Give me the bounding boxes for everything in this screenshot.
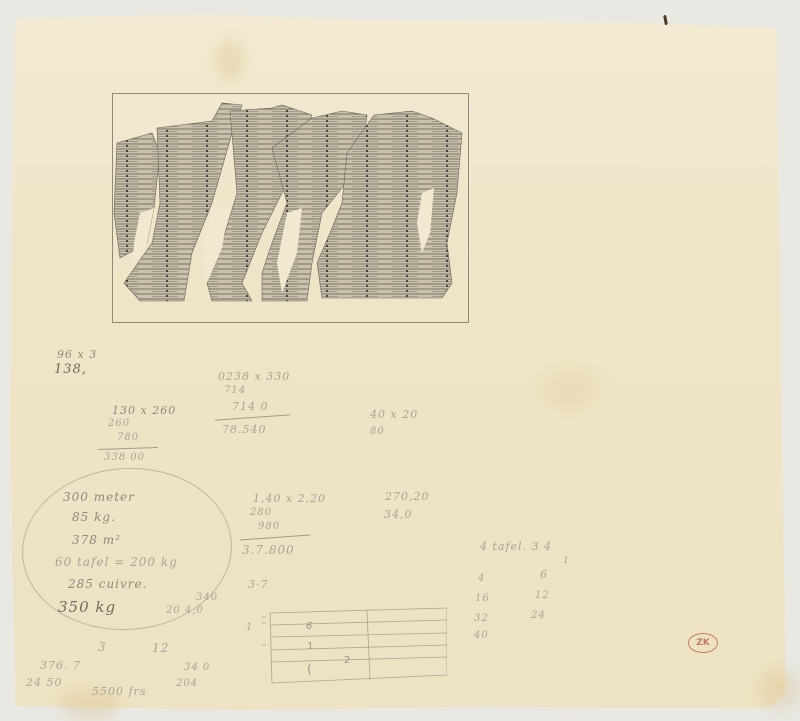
calc-note: 80 — [370, 426, 385, 437]
calc-note: 40 x 20 — [370, 408, 418, 421]
table-label: 2 — [344, 655, 350, 666]
calc-note: 204 — [176, 678, 198, 689]
tafel-note: 6 — [540, 568, 548, 581]
calc-note: 20 4,0 — [166, 605, 204, 616]
calc-note: 270,20 — [385, 490, 430, 503]
layered-stack-sketch — [112, 93, 469, 323]
calc-note: 12 — [152, 641, 169, 655]
tafel-note: 16 — [475, 593, 490, 604]
calc-note: 34 0 — [184, 662, 210, 673]
calc-note: 1,40 x 2,20 — [253, 492, 326, 505]
collection-stamp: ZK — [688, 633, 718, 653]
tafel-note: 12 — [535, 590, 550, 601]
calc-note: 3.7.800 — [242, 543, 295, 557]
tafel-note: 32 — [474, 613, 489, 624]
tafel-note: 24 — [531, 610, 546, 621]
oval-note: 85 kg. — [72, 510, 116, 524]
calc-note: 138, — [54, 362, 87, 377]
oval-note: 285 cuivre. — [68, 577, 147, 591]
calc-note: 24 50 — [26, 676, 63, 689]
paper-stain — [540, 370, 600, 410]
calc-note: 3·7 — [248, 578, 269, 591]
tafel-note: 4 tafel. 3 4 — [480, 540, 552, 553]
calc-note: 980 — [258, 521, 280, 532]
tafel-note: 4 — [478, 573, 485, 584]
calc-note: 260 — [108, 418, 130, 429]
calc-note: 3 — [98, 640, 107, 654]
paper-stain — [215, 40, 245, 80]
calc-note: 340 — [196, 592, 218, 603]
calc-note: 338 00 — [104, 452, 145, 463]
calc-note: 376. 7 — [40, 659, 81, 672]
tafel-note: 40 — [474, 630, 489, 641]
table-label: 6 — [306, 621, 312, 632]
calc-note: 714 0 — [232, 400, 269, 413]
calc-note: 0238 x 330 — [218, 370, 290, 383]
calc-note: 714 — [224, 385, 246, 396]
tafel-note: 1 — [563, 556, 570, 566]
table-sketch: 6 1 ( 2 — [262, 605, 447, 685]
calc-note: 96 x 3 — [57, 348, 97, 361]
calc-note: 34,0 — [384, 508, 413, 521]
paper-stain — [760, 670, 800, 710]
calc-note: 78.540 — [222, 423, 267, 436]
table-side-note: 1 — [246, 622, 253, 633]
oval-note: 60 tafel = 200 kg — [55, 555, 178, 569]
oval-note: 378 m² — [72, 533, 121, 547]
oval-note: 350 kg — [58, 598, 116, 616]
table-label: 1 — [307, 641, 313, 652]
calc-note: 780 — [117, 432, 139, 443]
calc-note: 5500 frs — [92, 685, 146, 698]
table-label: ( — [307, 662, 312, 676]
calc-note: 130 x 260 — [112, 404, 176, 417]
ink-speck — [663, 15, 668, 25]
oval-note: 300 meter — [63, 490, 135, 504]
calc-note: 280 — [250, 507, 272, 518]
